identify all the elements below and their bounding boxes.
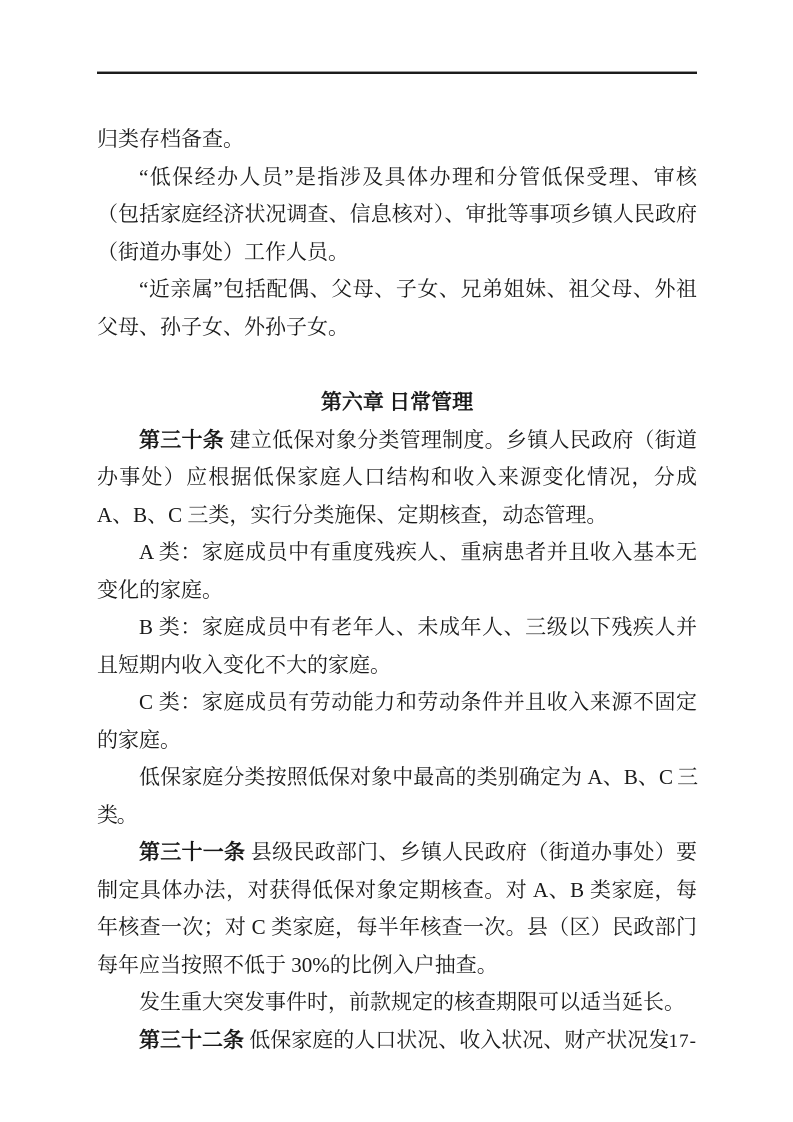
paragraph: A 类：家庭成员中有重度残疾人、重病患者并且收入基本无变化的家庭。 xyxy=(97,534,697,609)
paragraph: 归类存档备查。 xyxy=(97,121,697,159)
document-page: 归类存档备查。“低保经办人员”是指涉及具体办理和分管低保受理、审核（包括家庭经济… xyxy=(0,0,793,1122)
paragraph: 发生重大突发事件时，前款规定的核查期限可以适当延长。 xyxy=(97,984,697,1022)
paragraph: 第三十条 建立低保对象分类管理制度。乡镇人民政府（街道办事处）应根据低保家庭人口… xyxy=(97,422,697,535)
paragraph: 低保家庭分类按照低保对象中最高的类别确定为 A、B、C 三类。 xyxy=(97,759,697,834)
paragraph: 第三十二条 低保家庭的人口状况、收入状况、财产状况发 xyxy=(97,1022,697,1060)
paragraph: C 类：家庭成员有劳动能力和劳动条件并且收入来源不固定的家庭。 xyxy=(97,684,697,759)
chapter-heading: 第六章 日常管理 xyxy=(97,384,697,422)
document-body: 归类存档备查。“低保经办人员”是指涉及具体办理和分管低保受理、审核（包括家庭经济… xyxy=(97,121,697,1059)
paragraph: “近亲属”包括配偶、父母、子女、兄弟姐妹、祖父母、外祖父母、孙子女、外孙子女。 xyxy=(97,271,697,346)
article-number: 第三十二条 xyxy=(139,1028,244,1052)
article-number: 第三十一条 xyxy=(139,840,245,864)
paragraph: “低保经办人员”是指涉及具体办理和分管低保受理、审核（包括家庭经济状况调查、信息… xyxy=(97,159,697,272)
header-rule xyxy=(97,71,697,74)
article-number: 第三十条 xyxy=(139,428,224,452)
paragraph: 第三十一条 县级民政部门、乡镇人民政府（街道办事处）要制定具体办法，对获得低保对… xyxy=(97,834,697,984)
paragraph: B 类：家庭成员中有老年人、未成年人、三级以下残疾人并且短期内收入变化不大的家庭… xyxy=(97,609,697,684)
page-number: -17- xyxy=(661,1030,697,1054)
